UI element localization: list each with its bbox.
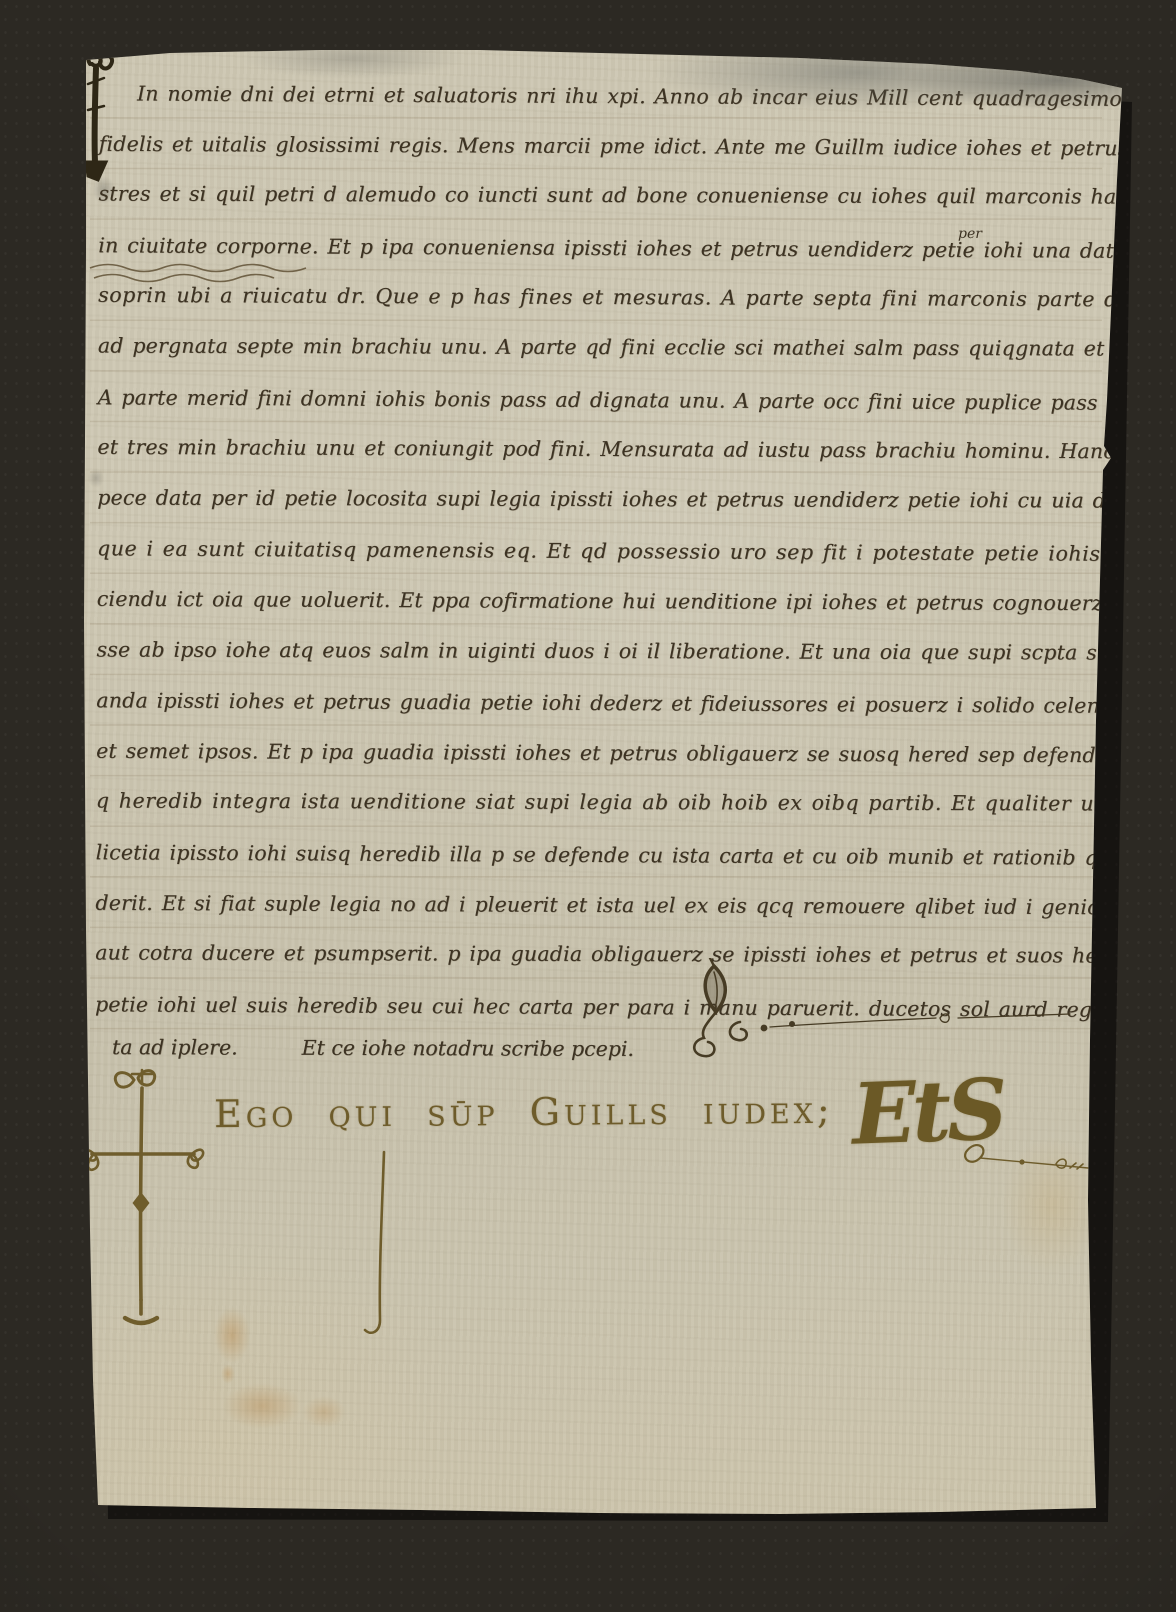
charter-line: que i ea sunt ciuitatisq pamenensis eq. … [97, 524, 1105, 580]
signature-cross-icon [82, 1062, 212, 1352]
charter-line: A parte merid fini domni iohis bonis pas… [98, 372, 1106, 428]
final-line-right: Et ce iohe notadru scribe pcepi. [302, 1036, 634, 1061]
manuscript-photo: In nomie dni dei etrni et saluatoris nri… [0, 0, 1176, 1612]
charter-line: licetia ipissto iohi suisq heredib illa … [96, 827, 1104, 883]
charter-text: In nomie dni dei etrni et saluatoris nri… [95, 68, 1107, 1034]
charter-line: ciendu ict oia que uoluerit. Et ppa cofi… [97, 574, 1105, 629]
charter-line: pece data per id petie locosita supi leg… [97, 472, 1105, 526]
signature-text: Ego qui sūp Guills iudex; [214, 1088, 834, 1136]
charter-line: anda ipissti iohes et petrus guadia peti… [96, 675, 1104, 731]
charter-line: et tres min brachiu unu et coniungit pod… [97, 422, 1105, 477]
charter-line: stres et si quil petri d alemudo co iunc… [98, 169, 1106, 223]
q-descender-icon [362, 1150, 402, 1350]
charter-line: et semet ipsos. Et p ipa guadia ipissti … [96, 726, 1104, 781]
charter-final-line: ta ad iplere.Et ce iohe notadru scribe p… [112, 1035, 634, 1061]
interlinear-insertion: per [958, 226, 982, 242]
charter-line: fidelis et uitalis glosissimi regis. Men… [99, 118, 1107, 173]
signature-flourish-icon [956, 1128, 1096, 1188]
cancellation-underline-icon [88, 260, 338, 286]
charter-line: ad pergnata septe min brachiu unu. A par… [98, 320, 1106, 374]
final-line-left: ta ad iplere. [112, 1035, 238, 1059]
charter-line: In nomie dni dei etrni et saluatoris nri… [99, 68, 1107, 124]
parchment-sheet: In nomie dni dei etrni et saluatoris nri… [0, 0, 1176, 1612]
charter-line: sse ab ipso iohe atq euos salm in uigint… [96, 624, 1104, 678]
charter-line: q heredib integra ista uenditione siat s… [96, 776, 1104, 830]
charter-line: derit. Et si fiat suple legia no ad i pl… [95, 877, 1103, 932]
notary-sign-icon [618, 958, 1078, 1062]
